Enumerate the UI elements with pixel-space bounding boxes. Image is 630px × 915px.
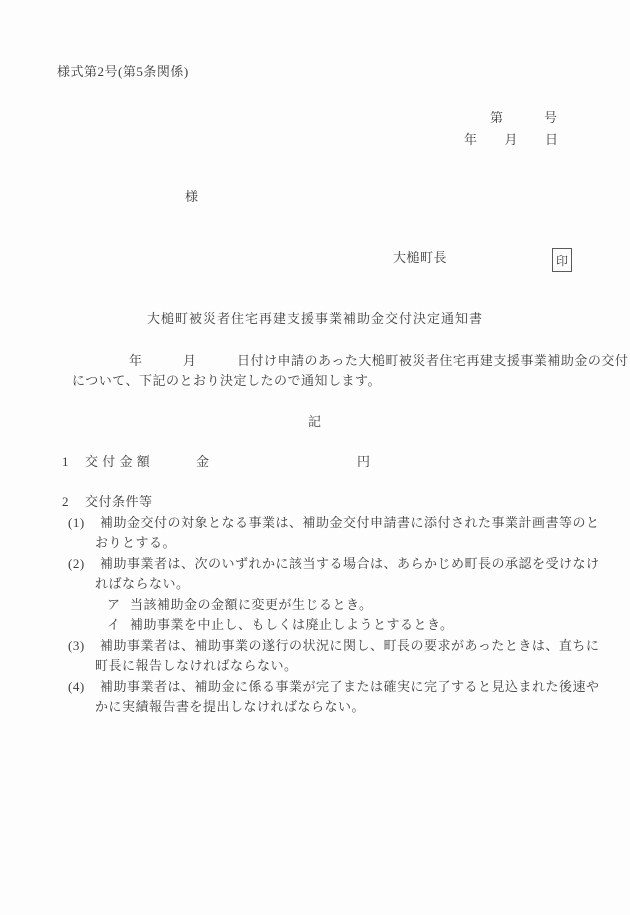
record-heading: 記: [0, 414, 630, 429]
seal-stamp-box: 印: [552, 248, 572, 272]
item2-label: 交付条件等: [85, 494, 153, 509]
condition-2-sub-i-number: イ: [107, 617, 121, 632]
condition-3-line-1: 補助事業者は、補助事業の遂行の状況に関し、町長の要求があったときは、直ちに: [100, 638, 599, 653]
condition-3-line-2: 町長に報告しなければならない。: [95, 658, 298, 673]
addressee-honorific: 様: [185, 189, 199, 204]
condition-2-sub-a-text: 当該補助金の金額に変更が生じるとき。: [130, 597, 372, 612]
condition-1-number: (1): [68, 515, 85, 530]
date-line: 年 月 日: [464, 132, 559, 147]
sender-name: 大槌町長: [393, 250, 447, 265]
condition-3-number: (3): [68, 638, 85, 653]
condition-1-line-2: おりとする。: [95, 535, 176, 550]
condition-2-line-1: 補助事業者は、次のいずれかに該当する場合は、あらかじめ町長の承認を受けなけ: [100, 556, 600, 571]
condition-1-line-1: 補助金交付の対象となる事業は、補助金交付申請書に添付された事業計画書等のと: [100, 515, 600, 530]
item1-number: 1: [62, 454, 69, 469]
doc-number-line: 第 号: [490, 110, 558, 125]
condition-2-number: (2): [68, 556, 85, 571]
body-line-1: 年 月 日付け申請のあった大槌町被災者住宅再建支援事業補助金の交付: [129, 353, 628, 368]
notification-document-page: 様式第2号(第5条関係) 第 号 年 月 日 様 大槌町長 印 大槌町被災者住宅…: [0, 0, 630, 915]
condition-4-line-2: かに実績報告書を提出しなければならない。: [95, 699, 365, 714]
seal-label: 印: [556, 252, 568, 269]
item1-amount-prefix: 金: [196, 454, 210, 469]
condition-4-line-1: 補助事業者は、補助金に係る事業が完了または確実に完了すると見込まれた後速や: [100, 679, 600, 694]
body-line-2: について、下記のとおり決定したので通知します。: [72, 373, 381, 388]
condition-2-sub-a-number: ア: [107, 597, 121, 612]
form-number: 様式第2号(第5条関係): [57, 64, 189, 79]
condition-2-line-2: ればならない。: [95, 576, 190, 591]
item2-number: 2: [62, 494, 69, 509]
document-title: 大槌町被災者住宅再建支援事業補助金交付決定通知書: [0, 311, 630, 326]
condition-2-sub-i-text: 補助事業を中止し、もしくは廃止しようとするとき。: [130, 617, 453, 632]
condition-4-number: (4): [68, 679, 85, 694]
item1-amount-suffix: 円: [357, 454, 371, 469]
item1-label: 交 付 金 額: [85, 454, 150, 469]
